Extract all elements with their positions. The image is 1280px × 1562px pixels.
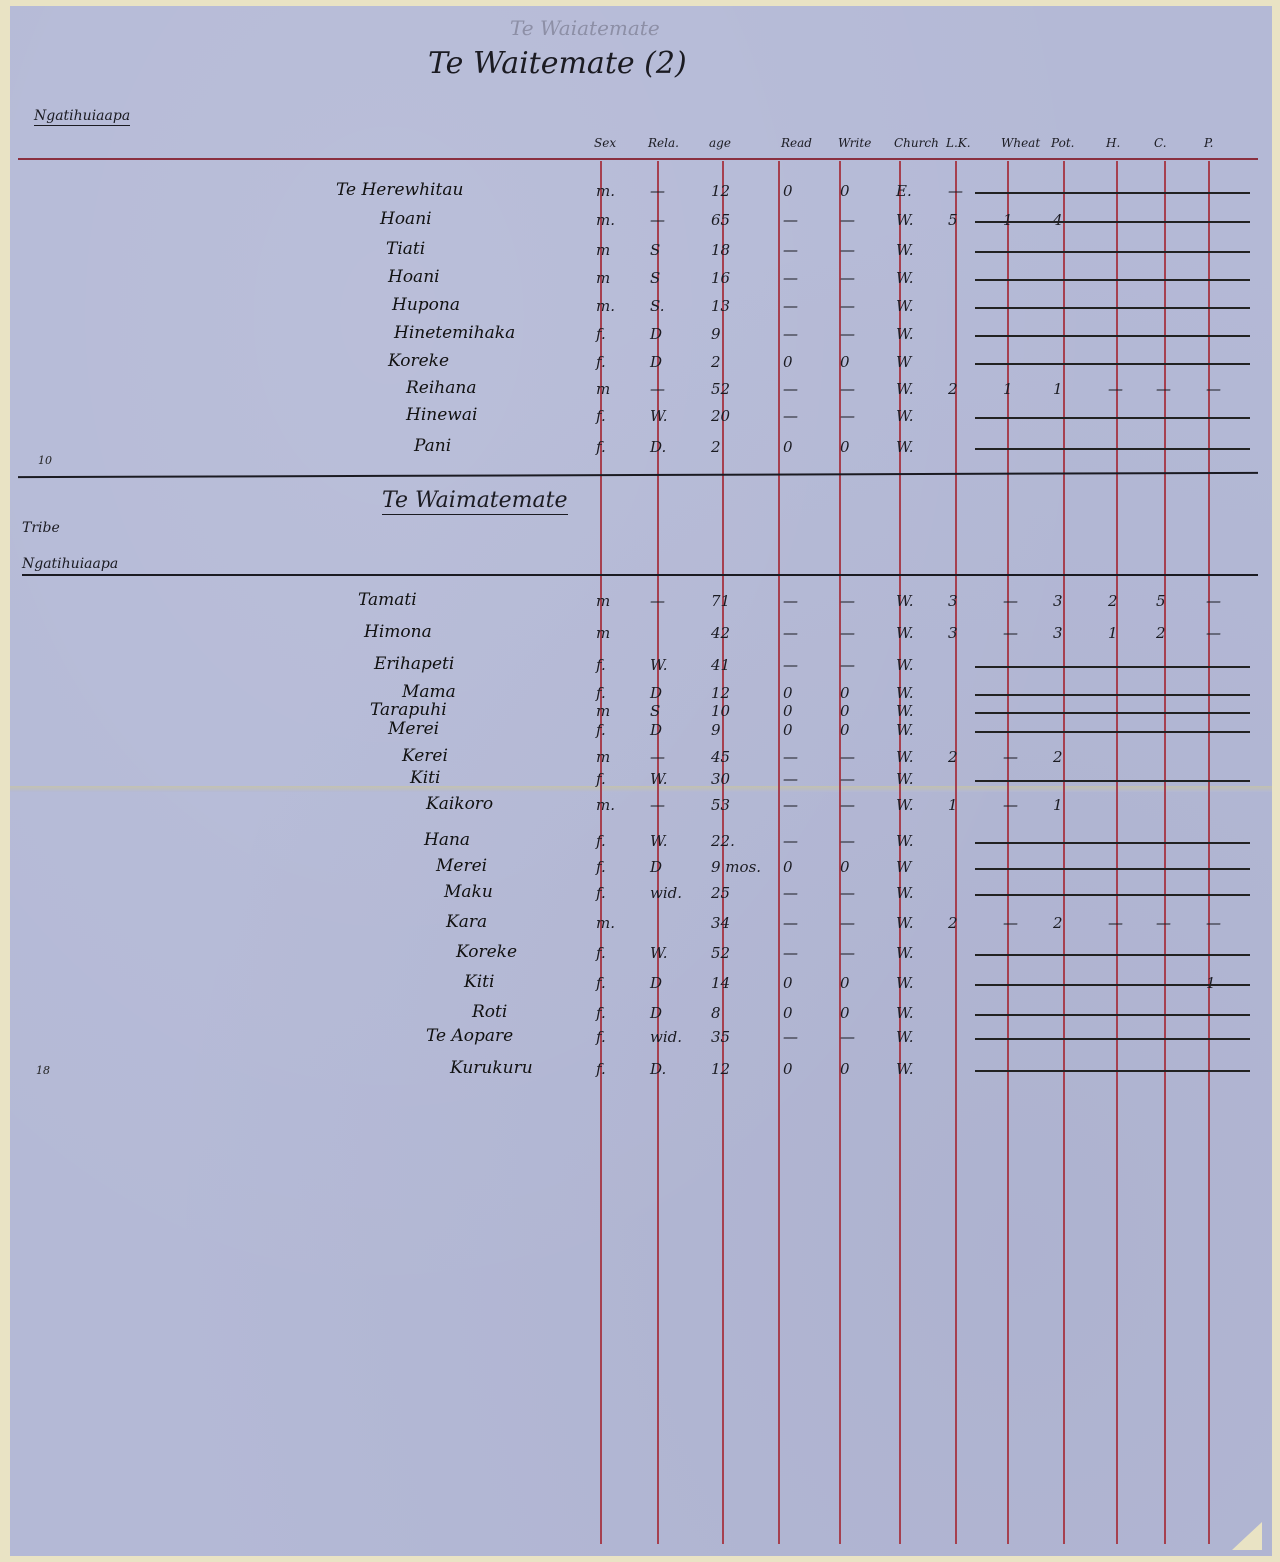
tribe-label-2: Ngatihuiaapa	[22, 556, 118, 572]
paper-fold	[10, 786, 1272, 792]
cell-church: W.	[896, 211, 914, 229]
cell-lk: 5	[948, 211, 958, 229]
tribe-label-1: Ngatihuiaapa	[34, 108, 130, 126]
cell-c: 5	[1156, 592, 1166, 610]
cell-age: 65	[711, 211, 730, 229]
blank-fill-line	[975, 954, 1250, 956]
cell-p: —	[1206, 914, 1221, 932]
person-name: Maku	[444, 882, 493, 902]
cell-read: —	[783, 656, 798, 674]
column-header: Write	[838, 136, 871, 150]
cell-sex: m.	[596, 796, 615, 814]
cell-sex: f.	[596, 407, 606, 425]
cell-write: 0	[840, 182, 850, 200]
column-header: Sex	[594, 136, 616, 150]
cell-church: W.	[896, 974, 914, 992]
cell-read: 0	[783, 1004, 793, 1022]
column-header: Read	[781, 136, 812, 150]
cell-h: 2	[1108, 592, 1118, 610]
blank-fill-line	[975, 307, 1250, 309]
cell-wheat: 1	[1003, 211, 1013, 229]
person-name: Hoani	[380, 209, 432, 229]
person-name: Hupona	[392, 295, 460, 315]
blank-fill-line	[975, 417, 1250, 419]
cell-pot: 2	[1053, 748, 1063, 766]
cell-read: 0	[783, 182, 793, 200]
cell-age: 22.	[711, 832, 735, 850]
cell-lk: 2	[948, 748, 958, 766]
cell-age: 2	[711, 353, 721, 371]
cell-rela: D	[650, 721, 662, 739]
column-header: C.	[1154, 136, 1167, 150]
cell-rela: S	[650, 269, 660, 287]
person-name: Mama	[402, 682, 456, 702]
person-name: Tamati	[358, 590, 417, 610]
blank-fill-line	[975, 192, 1250, 194]
blank-fill-line	[975, 842, 1250, 844]
person-name: Kaikoro	[426, 794, 493, 814]
cell-church: W.	[896, 1004, 914, 1022]
cell-age: 12	[711, 1060, 730, 1078]
cell-read: —	[783, 624, 798, 642]
cell-age: 35	[711, 1028, 730, 1046]
cell-write: —	[840, 770, 855, 788]
cell-lk: 2	[948, 914, 958, 932]
cell-church: W.	[896, 702, 914, 720]
cell-read: —	[783, 1028, 798, 1046]
person-name: Merei	[436, 856, 487, 876]
cell-sex: f.	[596, 858, 606, 876]
person-name: Kara	[446, 912, 487, 932]
cell-lk: 3	[948, 624, 958, 642]
cell-wheat: 1	[1003, 380, 1013, 398]
cell-sex: m	[596, 241, 610, 259]
cell-church: W.	[896, 796, 914, 814]
cell-rela: —	[650, 211, 665, 229]
cell-rela: wid.	[650, 884, 682, 902]
cell-rela: —	[650, 592, 665, 610]
cell-write: —	[840, 656, 855, 674]
cell-sex: f.	[596, 684, 606, 702]
cell-church: E.	[896, 182, 912, 200]
cell-write: —	[840, 325, 855, 343]
cell-church: W.	[896, 721, 914, 739]
cell-church: W.	[896, 624, 914, 642]
cell-age: 34	[711, 914, 730, 932]
cell-read: —	[783, 748, 798, 766]
cell-age: 25	[711, 884, 730, 902]
cell-rela: —	[650, 380, 665, 398]
blank-fill-line	[975, 868, 1250, 870]
cell-sex: m.	[596, 297, 615, 315]
cell-sex: f.	[596, 974, 606, 992]
torn-corner	[1232, 1522, 1262, 1550]
cell-sex: m	[596, 269, 610, 287]
column-header: age	[709, 136, 731, 150]
cell-rela: W.	[650, 407, 668, 425]
person-name: Kiti	[464, 972, 494, 992]
cell-write: 0	[840, 438, 850, 456]
cell-church: W.	[896, 914, 914, 932]
cell-p: 1	[1206, 974, 1216, 992]
cell-sex: f.	[596, 353, 606, 371]
cell-wheat: —	[1003, 914, 1018, 932]
cell-pot: 1	[1053, 380, 1063, 398]
cell-h: —	[1108, 380, 1123, 398]
cell-sex: f.	[596, 438, 606, 456]
cell-age: 9	[711, 325, 721, 343]
cell-sex: f.	[596, 1060, 606, 1078]
cell-church: W.	[896, 380, 914, 398]
cell-age: 14	[711, 974, 730, 992]
census-sheet: Te Waiatemate Te Waitemate (2) Ngatihuia…	[10, 6, 1272, 1556]
person-name: Hinewai	[406, 405, 477, 425]
cell-sex: f.	[596, 832, 606, 850]
cell-age: 9	[711, 721, 721, 739]
cell-p: —	[1206, 592, 1221, 610]
cell-read: —	[783, 211, 798, 229]
person-name: Kiti	[410, 768, 440, 788]
cell-read: —	[783, 325, 798, 343]
column-rule	[778, 161, 780, 1544]
page-title: Te Waitemate (2)	[428, 46, 687, 81]
cell-sex: m	[596, 380, 610, 398]
cell-age: 10	[711, 702, 730, 720]
cell-read: 0	[783, 1060, 793, 1078]
margin-count-2: 18	[36, 1064, 50, 1077]
cell-write: 0	[840, 858, 850, 876]
cell-pot: 4	[1053, 211, 1063, 229]
tribe-rule	[22, 574, 1258, 576]
cell-age: 20	[711, 407, 730, 425]
cell-write: —	[840, 624, 855, 642]
cell-write: —	[840, 914, 855, 932]
cell-write: —	[840, 592, 855, 610]
cell-write: 0	[840, 1004, 850, 1022]
cell-age: 42	[711, 624, 730, 642]
blank-fill-line	[975, 221, 1250, 223]
cell-church: W.	[896, 438, 914, 456]
blank-fill-line	[975, 984, 1250, 986]
cell-read: 0	[783, 684, 793, 702]
cell-age: 13	[711, 297, 730, 315]
blank-fill-line	[975, 712, 1250, 714]
cell-wheat: —	[1003, 796, 1018, 814]
cell-read: —	[783, 944, 798, 962]
blank-fill-line	[975, 279, 1250, 281]
cell-write: —	[840, 211, 855, 229]
cell-write: —	[840, 832, 855, 850]
cell-church: W.	[896, 1028, 914, 1046]
cell-read: —	[783, 592, 798, 610]
cell-church: W	[896, 858, 911, 876]
cell-write: 0	[840, 353, 850, 371]
cell-read: —	[783, 832, 798, 850]
tribe-heading: Tribe	[22, 520, 60, 536]
column-rule	[722, 161, 724, 1544]
cell-write: 0	[840, 1060, 850, 1078]
person-name: Tarapuhi	[370, 700, 447, 720]
cell-sex: m.	[596, 914, 615, 932]
column-header: P.	[1204, 136, 1213, 150]
cell-write: —	[840, 1028, 855, 1046]
blank-fill-line	[975, 1038, 1250, 1040]
column-header: L.K.	[946, 136, 971, 150]
cell-wheat: —	[1003, 592, 1018, 610]
cell-sex: m.	[596, 211, 615, 229]
column-header: Pot.	[1051, 136, 1074, 150]
cell-church: W.	[896, 325, 914, 343]
cell-read: 0	[783, 974, 793, 992]
cell-c: —	[1156, 380, 1171, 398]
cell-p: —	[1206, 624, 1221, 642]
cell-write: —	[840, 269, 855, 287]
cell-church: W.	[896, 656, 914, 674]
cell-h: 1	[1108, 624, 1118, 642]
cell-lk: —	[948, 182, 963, 200]
cell-write: —	[840, 407, 855, 425]
column-rule	[1063, 161, 1065, 1544]
cell-pot: 2	[1053, 914, 1063, 932]
blank-fill-line	[975, 666, 1250, 668]
blank-fill-line	[975, 780, 1250, 782]
cell-rela: S.	[650, 297, 665, 315]
cell-sex: m	[596, 748, 610, 766]
person-name: Te Herewhitau	[336, 180, 463, 200]
place-heading: Te Waimatemate	[382, 488, 568, 515]
column-header: H.	[1106, 136, 1120, 150]
cell-church: W.	[896, 944, 914, 962]
cell-rela: S	[650, 241, 660, 259]
cell-write: —	[840, 297, 855, 315]
person-name: Reihana	[406, 378, 476, 398]
blank-fill-line	[975, 1014, 1250, 1016]
column-rule	[955, 161, 957, 1544]
person-name: Hana	[424, 830, 470, 850]
cell-church: W.	[896, 592, 914, 610]
cell-rela: S	[650, 702, 660, 720]
person-name: Te Aopare	[426, 1026, 513, 1046]
cell-rela: wid.	[650, 1028, 682, 1046]
cell-church: W.	[896, 407, 914, 425]
cell-read: 0	[783, 858, 793, 876]
cell-age: 8	[711, 1004, 721, 1022]
cell-rela: W.	[650, 832, 668, 850]
blank-fill-line	[975, 448, 1250, 450]
person-name: Erihapeti	[374, 654, 454, 674]
cell-rela: D.	[650, 438, 666, 456]
cell-age: 45	[711, 748, 730, 766]
blank-fill-line	[975, 694, 1250, 696]
cell-rela: D	[650, 325, 662, 343]
column-header: Rela.	[648, 136, 679, 150]
cell-read: 0	[783, 353, 793, 371]
cell-age: 9 mos.	[711, 858, 761, 876]
cell-read: —	[783, 796, 798, 814]
cell-church: W.	[896, 684, 914, 702]
cell-write: —	[840, 796, 855, 814]
blank-fill-line	[975, 363, 1250, 365]
person-name: Koreke	[456, 942, 517, 962]
cell-c: 2	[1156, 624, 1166, 642]
cell-sex: f.	[596, 770, 606, 788]
blank-fill-line	[975, 894, 1250, 896]
cell-age: 53	[711, 796, 730, 814]
column-rule	[1116, 161, 1118, 1544]
cell-write: 0	[840, 721, 850, 739]
blank-fill-line	[975, 335, 1250, 337]
person-name: Pani	[414, 436, 451, 456]
person-name: Koreke	[388, 351, 449, 371]
cell-age: 30	[711, 770, 730, 788]
column-rule	[1164, 161, 1166, 1544]
cell-read: 0	[783, 721, 793, 739]
cell-pot: 3	[1053, 624, 1063, 642]
cell-age: 52	[711, 944, 730, 962]
cell-rela: —	[650, 748, 665, 766]
cell-rela: D	[650, 684, 662, 702]
cell-read: —	[783, 269, 798, 287]
cell-rela: W.	[650, 770, 668, 788]
blank-fill-line	[975, 251, 1250, 253]
cell-write: 0	[840, 974, 850, 992]
cell-rela: —	[650, 182, 665, 200]
cell-sex: f.	[596, 656, 606, 674]
cell-lk: 1	[948, 796, 958, 814]
cell-age: 71	[711, 592, 730, 610]
column-header: Church	[894, 136, 939, 150]
cell-pot: 3	[1053, 592, 1063, 610]
cell-rela: W.	[650, 944, 668, 962]
cell-rela: D.	[650, 1060, 666, 1078]
cell-age: 18	[711, 241, 730, 259]
cell-rela: D	[650, 858, 662, 876]
margin-count-1: 10	[38, 454, 52, 467]
cell-church: W.	[896, 884, 914, 902]
cell-rela: —	[650, 796, 665, 814]
header-rule	[18, 158, 1258, 160]
cell-write: —	[840, 380, 855, 398]
cell-church: W.	[896, 269, 914, 287]
column-rule	[1208, 161, 1210, 1544]
cell-write: —	[840, 241, 855, 259]
cell-read: —	[783, 884, 798, 902]
cell-age: 16	[711, 269, 730, 287]
section-divider	[18, 472, 1258, 478]
person-name: Hinetemihaka	[394, 323, 515, 343]
cell-write: 0	[840, 684, 850, 702]
cell-age: 2	[711, 438, 721, 456]
pencil-note: Te Waiatemate	[510, 16, 660, 40]
cell-read: —	[783, 380, 798, 398]
cell-sex: f.	[596, 884, 606, 902]
person-name: Hoani	[388, 267, 440, 287]
cell-rela: W.	[650, 656, 668, 674]
blank-fill-line	[975, 1070, 1250, 1072]
cell-h: —	[1108, 914, 1123, 932]
cell-lk: 2	[948, 380, 958, 398]
cell-age: 12	[711, 182, 730, 200]
cell-sex: m	[596, 624, 610, 642]
cell-write: —	[840, 748, 855, 766]
cell-lk: 3	[948, 592, 958, 610]
cell-age: 12	[711, 684, 730, 702]
cell-read: —	[783, 770, 798, 788]
cell-read: —	[783, 914, 798, 932]
cell-sex: f.	[596, 721, 606, 739]
cell-wheat: —	[1003, 624, 1018, 642]
cell-rela: D	[650, 1004, 662, 1022]
person-name: Kerei	[402, 746, 448, 766]
cell-church: W.	[896, 241, 914, 259]
cell-church: W.	[896, 748, 914, 766]
cell-rela: D	[650, 353, 662, 371]
person-name: Tiati	[386, 239, 425, 259]
cell-church: W.	[896, 770, 914, 788]
cell-c: —	[1156, 914, 1171, 932]
cell-wheat: —	[1003, 748, 1018, 766]
cell-pot: 1	[1053, 796, 1063, 814]
cell-read: —	[783, 297, 798, 315]
cell-sex: m	[596, 702, 610, 720]
cell-write: 0	[840, 702, 850, 720]
cell-age: 41	[711, 656, 730, 674]
cell-church: W	[896, 353, 911, 371]
cell-sex: m	[596, 592, 610, 610]
cell-sex: f.	[596, 944, 606, 962]
cell-read: —	[783, 241, 798, 259]
cell-age: 52	[711, 380, 730, 398]
cell-read: —	[783, 407, 798, 425]
cell-write: —	[840, 944, 855, 962]
cell-p: —	[1206, 380, 1221, 398]
cell-church: W.	[896, 832, 914, 850]
cell-sex: m.	[596, 182, 615, 200]
person-name: Roti	[472, 1002, 507, 1022]
cell-sex: f.	[596, 1004, 606, 1022]
cell-read: 0	[783, 438, 793, 456]
person-name: Himona	[364, 622, 432, 642]
cell-sex: f.	[596, 325, 606, 343]
cell-write: —	[840, 884, 855, 902]
cell-sex: f.	[596, 1028, 606, 1046]
cell-rela: D	[650, 974, 662, 992]
person-name: Merei	[388, 719, 439, 739]
cell-read: 0	[783, 702, 793, 720]
person-name: Kurukuru	[450, 1058, 533, 1078]
cell-church: W.	[896, 1060, 914, 1078]
cell-church: W.	[896, 297, 914, 315]
column-rule	[1007, 161, 1009, 1544]
column-header: Wheat	[1001, 136, 1040, 150]
blank-fill-line	[975, 731, 1250, 733]
